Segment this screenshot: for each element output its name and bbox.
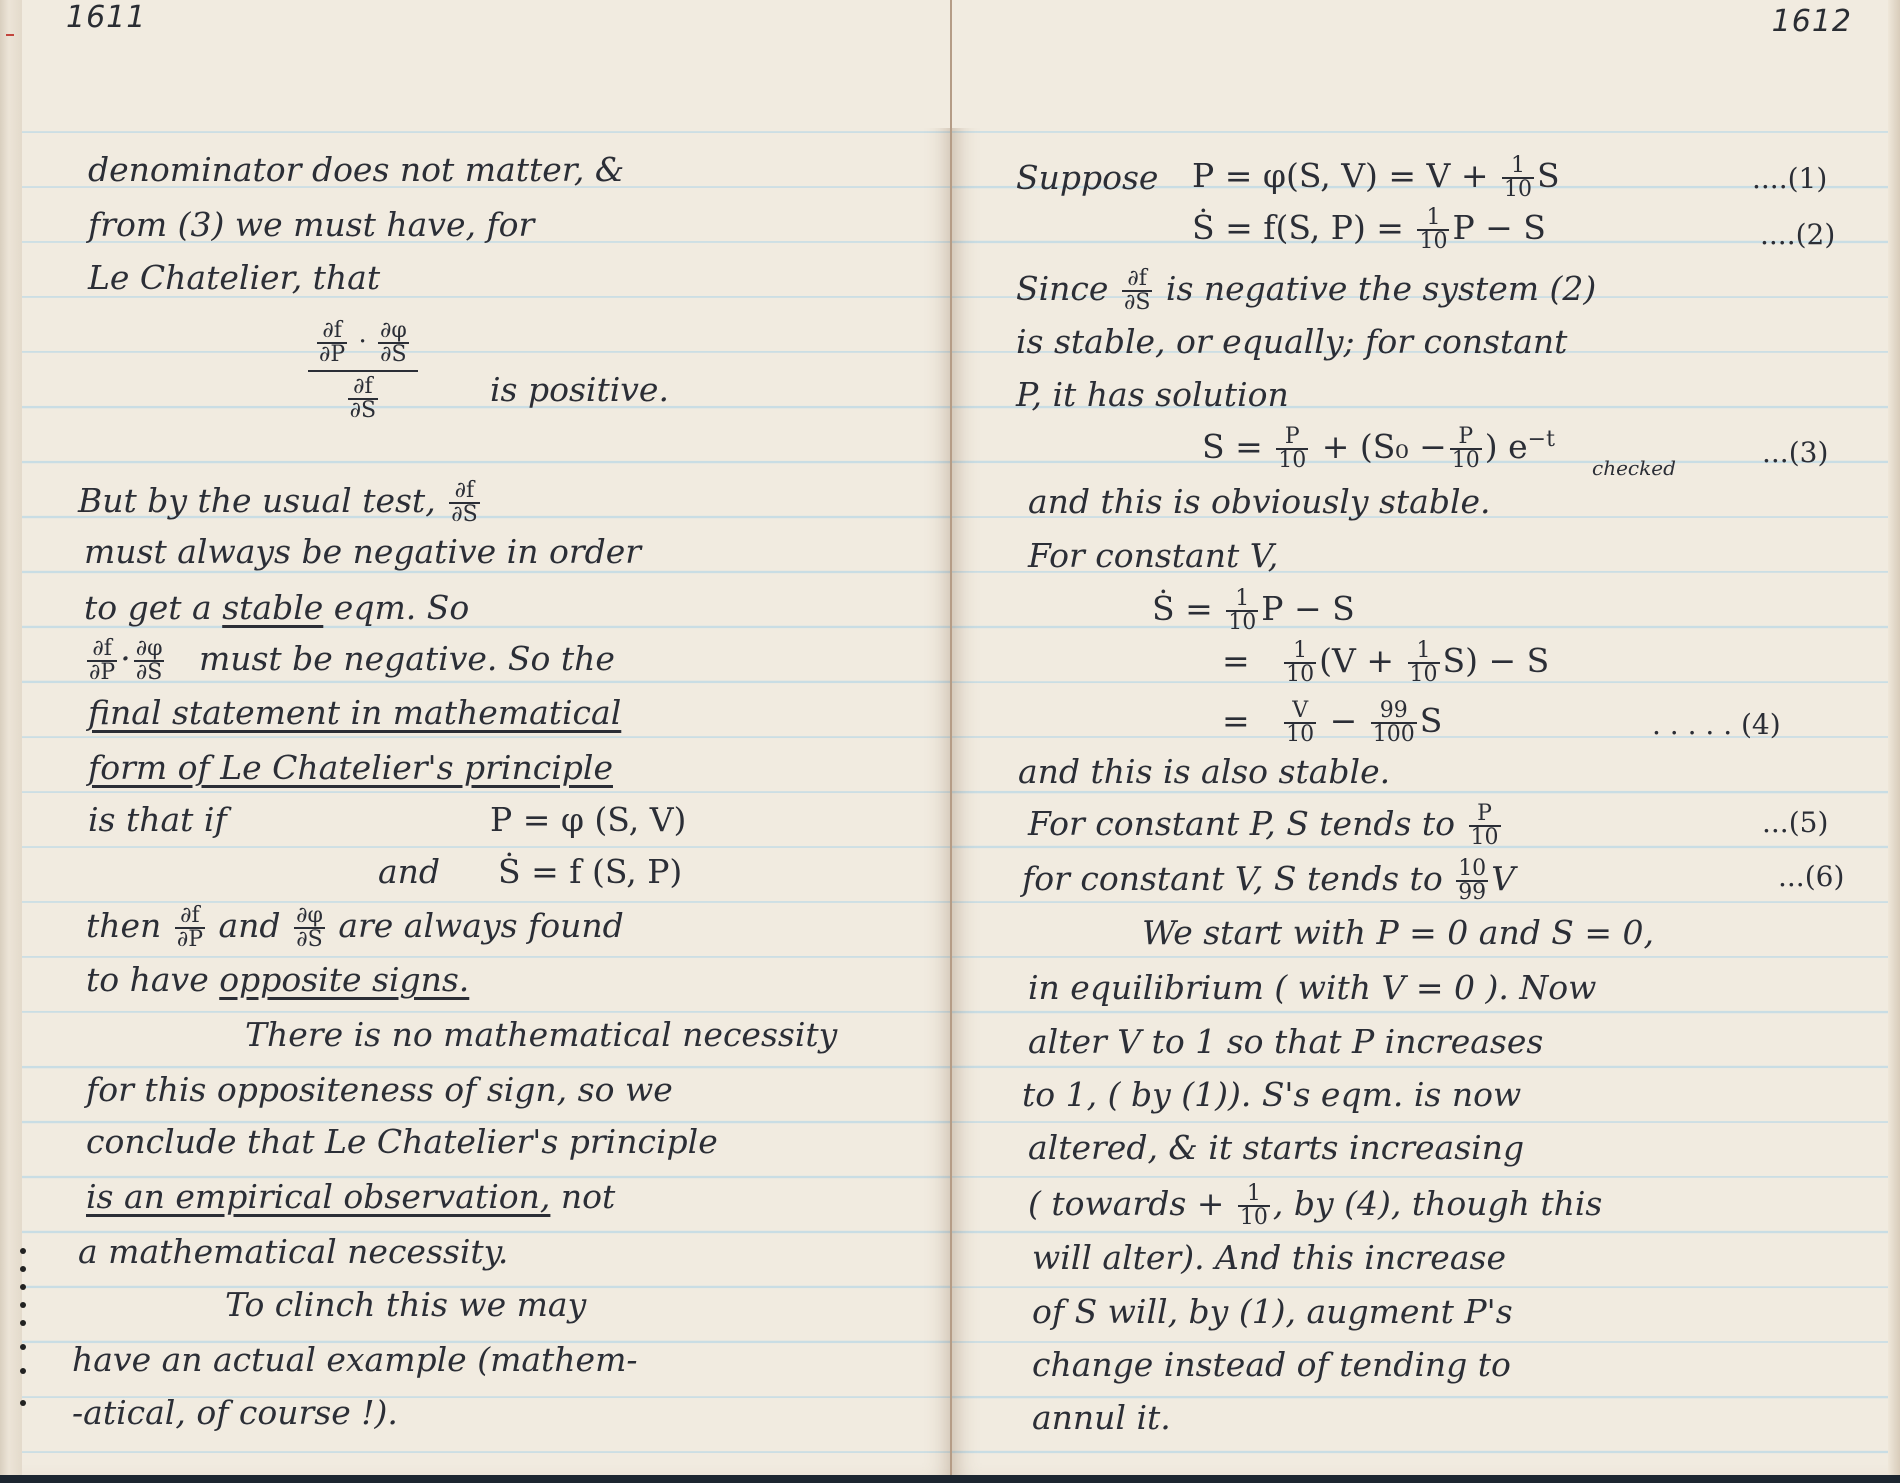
binding-stitch xyxy=(20,1344,26,1350)
dot-operator: · xyxy=(120,639,131,678)
equation-4: = V10 − 99100S xyxy=(1222,700,1442,746)
text-span: S xyxy=(1420,701,1443,740)
text-line: ( towards + 110, by (4), though this xyxy=(1028,1183,1602,1229)
fraction-p-over-10: P10 xyxy=(1469,803,1501,849)
page-number-right: 1612 xyxy=(1772,4,1852,39)
fraction-one-tenth: 110 xyxy=(1226,588,1258,634)
text-span: not xyxy=(561,1177,615,1216)
fraction-10-99: 1099 xyxy=(1456,858,1488,904)
denominator: 10 xyxy=(1226,612,1258,634)
text-span: = xyxy=(1222,641,1250,680)
text-line: of S will, by (1), augment P's xyxy=(1032,1292,1513,1332)
denominator: 10 xyxy=(1408,664,1440,686)
binding-stitch xyxy=(20,1400,26,1406)
text-span: Ṡ = xyxy=(1152,589,1213,628)
text-line: For constant V, xyxy=(1028,536,1278,576)
equation-number: ....(2) xyxy=(1760,218,1835,251)
text-line: To clinch this we may xyxy=(225,1285,586,1325)
equation-number: ....(1) xyxy=(1752,162,1827,195)
numerator: P xyxy=(1469,803,1501,827)
text-line: for this oppositeness of sign, so we xyxy=(86,1070,673,1110)
text-line: alter V to 1 so that P increases xyxy=(1028,1022,1543,1062)
text-span: to have xyxy=(86,960,209,999)
fraction-one-tenth: 110 xyxy=(1408,640,1440,686)
text-line: change instead of tending to xyxy=(1032,1345,1511,1385)
text-span: , by (4), though this xyxy=(1273,1184,1602,1223)
text-line: form of Le Chatelier's principle xyxy=(88,748,613,788)
numerator: 1 xyxy=(1226,588,1258,612)
exponent: −t xyxy=(1528,427,1555,452)
text-line: Le Chatelier, that xyxy=(88,258,380,298)
denominator: 10 xyxy=(1502,179,1534,201)
annotation-checked: checked xyxy=(1592,448,1676,488)
denominator: ∂S xyxy=(294,929,325,951)
fraction-one-tenth: 110 xyxy=(1238,1183,1270,1229)
denominator: 10 xyxy=(1284,664,1316,686)
text-span: to get a xyxy=(84,588,212,627)
fraction-df-ds: ∂f∂S xyxy=(449,480,479,526)
fraction-dphi-ds: ∂φ∂S xyxy=(134,638,165,684)
text-span: For constant P, S tends to xyxy=(1028,804,1455,843)
text-span: S = xyxy=(1202,427,1263,466)
text-span: + (S₀ − xyxy=(1322,427,1447,466)
numerator: 10 xyxy=(1456,858,1488,882)
denominator: ∂S xyxy=(449,504,479,526)
fraction-df-dp: ∂f∂P xyxy=(175,905,205,951)
numerator: P xyxy=(1276,426,1308,450)
page-edge xyxy=(1888,0,1900,1475)
margin-mark xyxy=(6,34,14,36)
denominator: ∂P xyxy=(175,929,205,951)
text-line: -atical, of course !). xyxy=(72,1393,398,1433)
text-span: is negative the system (2) xyxy=(1166,269,1596,308)
equation: P = φ (S, V) xyxy=(490,800,686,840)
denominator: 10 xyxy=(1469,827,1501,849)
text-span: Ṡ = f(S, P) = xyxy=(1192,208,1404,247)
left-page: 1611 denominator does not matter, & from… xyxy=(0,0,952,1475)
text-line: must always be negative in order xyxy=(84,532,641,572)
denominator: 10 xyxy=(1284,724,1316,746)
text-line: to have opposite signs. xyxy=(86,960,469,1000)
equation-2: Ṡ = f(S, P) = 110P − S xyxy=(1192,207,1546,253)
text-line: have an actual example (mathem- xyxy=(72,1340,638,1380)
numerator: 1 xyxy=(1238,1183,1270,1207)
fraction-p-over-10: P10 xyxy=(1450,426,1482,472)
equation-3: S = P10 + (S₀ −P10) e−t xyxy=(1202,420,1555,472)
text-span: Since xyxy=(1016,269,1108,308)
denominator: ∂S xyxy=(134,662,165,684)
text-line: Since ∂f∂S is negative the system (2) xyxy=(1016,268,1596,314)
text-span: But by the usual test, xyxy=(78,481,436,520)
numerator: V xyxy=(1284,700,1316,724)
page-header-margin xyxy=(952,0,1900,128)
text-line: Suppose xyxy=(1016,158,1158,198)
text-line: is positive. xyxy=(490,370,669,410)
text-span: then xyxy=(86,906,161,945)
equation-number: ...(6) xyxy=(1778,860,1844,893)
binding-stitch xyxy=(20,1320,26,1326)
numerator: 1 xyxy=(1284,640,1316,664)
denominator: 10 xyxy=(1417,231,1449,253)
binding-stitch xyxy=(20,1284,26,1290)
numerator: 99 xyxy=(1371,700,1417,724)
fraction-one-tenth: 110 xyxy=(1284,640,1316,686)
denominator: ∂S xyxy=(348,400,378,422)
equation-line: Ṡ = 110P − S xyxy=(1152,588,1355,634)
numerator: ∂f xyxy=(348,376,378,400)
denominator: 99 xyxy=(1456,882,1488,904)
text-line: final statement in mathematical xyxy=(88,693,621,733)
equation-line: = 110(V + 110S) − S xyxy=(1222,640,1549,686)
numerator: ∂f xyxy=(449,480,479,504)
denominator: ∂P xyxy=(87,662,117,684)
binding-stitch xyxy=(20,1248,26,1254)
numerator: 1 xyxy=(1417,207,1449,231)
fraction-df-ds: ∂f∂S xyxy=(348,376,378,422)
numerator: ∂φ xyxy=(134,638,165,662)
fraction-dphi-ds: ∂φ∂S xyxy=(294,905,325,951)
text-line: from (3) we must have, for xyxy=(88,205,534,245)
text-span: V xyxy=(1491,859,1515,898)
text-line: conclude that Le Chatelier's principle xyxy=(86,1122,718,1162)
text-line: P, it has solution xyxy=(1016,375,1289,415)
denominator: ∂S xyxy=(378,344,409,366)
notebook-spread: 1611 denominator does not matter, & from… xyxy=(0,0,1900,1475)
text-line: altered, & it starts increasing xyxy=(1028,1128,1524,1168)
text-line: will alter). And this increase xyxy=(1032,1238,1506,1278)
text-line: and this is obviously stable. xyxy=(1028,482,1491,522)
text-span: = xyxy=(1222,701,1250,740)
text-line: There is no mathematical necessity xyxy=(245,1015,837,1055)
numerator: ∂f xyxy=(175,905,205,929)
equation: Ṡ = f (S, P) xyxy=(498,852,682,892)
numerator: 1 xyxy=(1502,155,1534,179)
fraction-one-tenth: 110 xyxy=(1502,155,1534,201)
text-span: − xyxy=(1330,701,1358,740)
right-page: 1612 Suppose P = φ(S, V) = V + 110S ....… xyxy=(952,0,1900,1475)
text-span: eqm. So xyxy=(334,588,469,627)
text-line: to 1, ( by (1)). S's eqm. is now xyxy=(1022,1075,1521,1115)
text-span: P − S xyxy=(1452,208,1545,247)
binding-stitch xyxy=(20,1368,26,1374)
text-line: annul it. xyxy=(1032,1398,1171,1438)
underlined-phrase: opposite signs. xyxy=(219,960,469,999)
text-span: (V + xyxy=(1319,641,1394,680)
page-edge xyxy=(0,0,22,1475)
underlined-phrase: is an empirical observation, xyxy=(86,1177,550,1216)
text-span: ) e xyxy=(1485,427,1528,466)
text-line: is stable, or equally; for constant xyxy=(1016,322,1567,362)
denominator: 10 xyxy=(1276,450,1308,472)
numerator: ∂f xyxy=(1122,268,1152,292)
denominator: ∂S xyxy=(1122,292,1152,314)
text-span: P = φ(S, V) = V + xyxy=(1192,156,1489,195)
fraction-p-over-10: P10 xyxy=(1276,426,1308,472)
text-line: is an empirical observation, not xyxy=(86,1177,615,1217)
equation-1: P = φ(S, V) = V + 110S xyxy=(1192,155,1560,201)
text-span: must be negative. So the xyxy=(199,639,615,678)
le-chatelier-ratio: ∂f∂P · ∂φ∂S ∂f∂S xyxy=(308,320,418,422)
numerator: ∂f xyxy=(87,638,117,662)
denominator: 10 xyxy=(1238,1207,1270,1229)
denominator: 100 xyxy=(1371,724,1417,746)
binding-stitch xyxy=(20,1302,26,1308)
text-line: We start with P = 0 and S = 0, xyxy=(1142,913,1654,953)
binding-stitch xyxy=(20,1266,26,1272)
numerator: ∂f xyxy=(317,320,347,344)
fraction-df-dp: ∂f∂P xyxy=(87,638,117,684)
denominator: ∂P xyxy=(317,344,347,366)
text-span: S xyxy=(1537,156,1560,195)
text-line: for constant V, S tends to 1099V xyxy=(1022,858,1515,904)
equation-number: ...(3) xyxy=(1762,436,1828,469)
text-line: in equilibrium ( with V = 0 ). Now xyxy=(1028,968,1596,1008)
equation-number: ...(5) xyxy=(1762,806,1828,839)
numerator: ∂φ xyxy=(378,320,409,344)
underlined-word: stable xyxy=(222,588,323,627)
text-line: to get a stable eqm. So xyxy=(84,588,469,628)
numerator: 1 xyxy=(1408,640,1440,664)
text-line: But by the usual test, ∂f∂S xyxy=(78,480,483,526)
fraction-df-ds: ∂f∂S xyxy=(1122,268,1152,314)
text-line: is that if xyxy=(88,800,227,840)
fraction-df-dp: ∂f∂P xyxy=(317,320,347,366)
equation-number: . . . . . (4) xyxy=(1652,708,1781,741)
background-edge xyxy=(0,1475,1900,1483)
fraction-dphi-ds: ∂φ∂S xyxy=(378,320,409,366)
numerator: ∂φ xyxy=(294,905,325,929)
text-line: and xyxy=(378,852,440,892)
text-line: ∂f∂P·∂φ∂S must be negative. So the xyxy=(84,638,615,684)
text-line: denominator does not matter, & xyxy=(88,150,624,190)
text-line: a mathematical necessity. xyxy=(78,1232,508,1272)
text-span: for constant V, S tends to xyxy=(1022,859,1443,898)
denominator: 10 xyxy=(1450,450,1482,472)
text-span: P − S xyxy=(1261,589,1354,628)
fraction-one-tenth: 110 xyxy=(1417,207,1449,253)
fraction-99-100: 99100 xyxy=(1371,700,1417,746)
text-line: then ∂f∂P and ∂φ∂S are always found xyxy=(86,905,624,951)
text-span: are always found xyxy=(338,906,623,945)
text-span: and xyxy=(219,906,281,945)
text-span: S) − S xyxy=(1443,641,1550,680)
fraction-v-over-10: V10 xyxy=(1284,700,1316,746)
page-number-left: 1611 xyxy=(66,0,146,35)
numerator: P xyxy=(1450,426,1482,450)
dot-operator: · xyxy=(358,327,366,357)
text-line: and this is also stable. xyxy=(1018,752,1390,792)
text-line: For constant P, S tends to P10 xyxy=(1028,803,1504,849)
text-span: ( towards + xyxy=(1028,1184,1224,1223)
